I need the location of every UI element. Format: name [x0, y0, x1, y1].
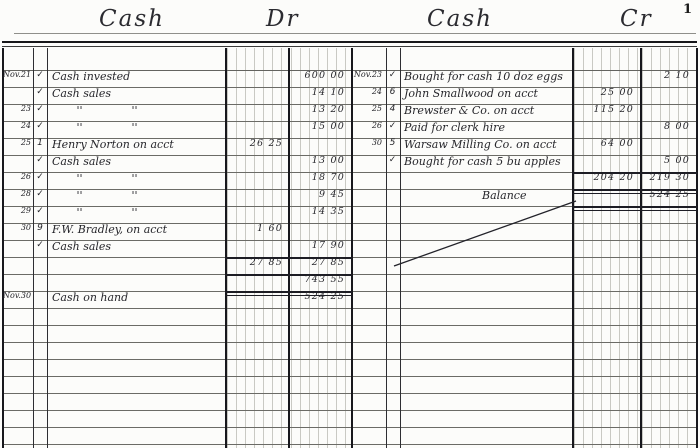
entry-folio-check: ✓ — [386, 70, 399, 87]
entry-total-amount: 17 90 — [288, 240, 350, 257]
entry-date — [353, 172, 384, 189]
ledger-row: 27 85 27 85 — [0, 257, 700, 274]
entry-items-amount — [572, 70, 638, 87]
entry-description — [52, 274, 224, 291]
entry-folio-check: 5 — [386, 138, 399, 155]
header-underline — [14, 33, 696, 34]
entry-description: Cash on hand — [52, 291, 224, 308]
entry-total-amount: 14 35 — [288, 206, 350, 223]
entry-total-amount — [641, 87, 694, 104]
ledger-row: 25 4 Brewster & Co. on acct 115 20 — [0, 104, 700, 121]
ledger-grid: Nov.21 ✓ Cash invested 600 00 ✓ Cash sal… — [0, 48, 700, 448]
entry-items-amount — [225, 240, 287, 257]
entry-date: 25 — [353, 104, 384, 121]
entry-items-amount — [225, 206, 287, 223]
entry-items-amount: 25 00 — [572, 87, 638, 104]
top-rule — [2, 41, 697, 43]
ledger-row: Nov.30 Cash on hand 524 25 — [0, 291, 700, 308]
entry-description — [52, 257, 224, 274]
entry-items-amount — [225, 274, 287, 291]
entry-total-amount: 27 85 — [288, 257, 350, 274]
entry-folio-check: ✓ — [33, 240, 47, 257]
entry-items-amount: 204 20 — [572, 172, 638, 189]
entry-items-amount: 1 60 — [225, 223, 287, 240]
entry-total-amount: 524 25 — [641, 189, 694, 206]
entry-date — [3, 257, 33, 274]
entry-date — [3, 240, 33, 257]
entry-folio-check — [33, 274, 47, 291]
entry-description — [404, 172, 570, 189]
entry-description: Paid for clerk hire — [404, 121, 570, 138]
entry-folio-check: ✓ — [386, 155, 399, 172]
header-right-abbr: Cr — [620, 6, 653, 32]
header-left-title: Cash — [92, 6, 172, 32]
entry-description: Warsaw Milling Co. on acct — [404, 138, 570, 155]
ledger-row: ✓ Bought for cash 5 bu apples 5 00 — [0, 155, 700, 172]
entry-folio-check: ✓ — [386, 121, 399, 138]
ledger-row: 204 20 219 30 — [0, 172, 700, 189]
entry-folio-check — [33, 291, 47, 308]
ledger-row: Nov.23 ✓ Bought for cash 10 doz eggs 2 1… — [0, 70, 700, 87]
entry-items-amount — [572, 121, 638, 138]
entry-folio-check: 9 — [33, 223, 47, 240]
ledger-row: 30 5 Warsaw Milling Co. on acct 64 00 — [0, 138, 700, 155]
entry-total-amount — [288, 223, 350, 240]
entry-description: Bought for cash 10 doz eggs — [404, 70, 570, 87]
entry-total-amount: 5 00 — [641, 155, 694, 172]
entry-description: Brewster & Co. on acct — [404, 104, 570, 121]
entry-items-amount — [225, 291, 287, 308]
entry-folio-check: 4 — [386, 104, 399, 121]
entry-description: John Smallwood on acct — [404, 87, 570, 104]
entry-date: 30 — [3, 223, 33, 240]
entry-total-amount: 524 25 — [288, 291, 350, 308]
entry-date: Nov.30 — [3, 291, 33, 308]
header-right-title: Cash — [420, 6, 500, 32]
ledger-row: 743 55 — [0, 274, 700, 291]
entry-items-amount — [572, 155, 638, 172]
top-rule-2 — [2, 46, 697, 47]
entry-description: Bought for cash 5 bu apples — [404, 155, 570, 172]
entry-items-amount: 27 85 — [225, 257, 287, 274]
entry-folio-check: ✓ — [33, 206, 47, 223]
entry-date: 26 — [353, 121, 384, 138]
entry-folio-check: 6 — [386, 87, 399, 104]
entry-description: F.W. Bradley, on acct — [52, 223, 224, 240]
entry-total-amount: 2 10 — [641, 70, 694, 87]
ledger-row: 24 6 John Smallwood on acct 25 00 — [0, 87, 700, 104]
ledger-row: Balance 524 25 — [0, 189, 700, 206]
entry-total-amount: 219 30 — [641, 172, 694, 189]
entry-date: 24 — [353, 87, 384, 104]
entry-folio-check — [386, 189, 399, 206]
entry-folio-check — [386, 172, 399, 189]
ledger-row: ✓ Cash sales 17 90 — [0, 240, 700, 257]
entry-description: Cash sales — [52, 240, 224, 257]
entry-total-amount: 743 55 — [288, 274, 350, 291]
ledger-row: 30 9 F.W. Bradley, on acct 1 60 — [0, 223, 700, 240]
entry-total-amount — [641, 104, 694, 121]
entry-date — [353, 189, 384, 206]
ledger-sheet: 1 Cash Dr Cash Cr — [0, 0, 700, 448]
entry-date — [3, 274, 33, 291]
page-number: 1 — [683, 2, 692, 17]
entry-date: Nov.23 — [353, 70, 384, 87]
balance-label: Balance — [404, 189, 570, 206]
entry-date — [353, 155, 384, 172]
header-left-abbr: Dr — [266, 6, 299, 32]
entry-date: 29 — [3, 206, 33, 223]
entry-date: 30 — [353, 138, 384, 155]
entry-folio-check — [33, 257, 47, 274]
entry-total-amount: 8 00 — [641, 121, 694, 138]
entry-items-amount: 115 20 — [572, 104, 638, 121]
entry-items-amount: 64 00 — [572, 138, 638, 155]
ledger-row: 29 ✓ '' '' 14 35 — [0, 206, 700, 223]
entry-items-amount — [572, 189, 638, 206]
entry-description: '' '' — [52, 206, 224, 223]
entry-total-amount — [641, 138, 694, 155]
ledger-row: 26 ✓ Paid for clerk hire 8 00 — [0, 121, 700, 138]
